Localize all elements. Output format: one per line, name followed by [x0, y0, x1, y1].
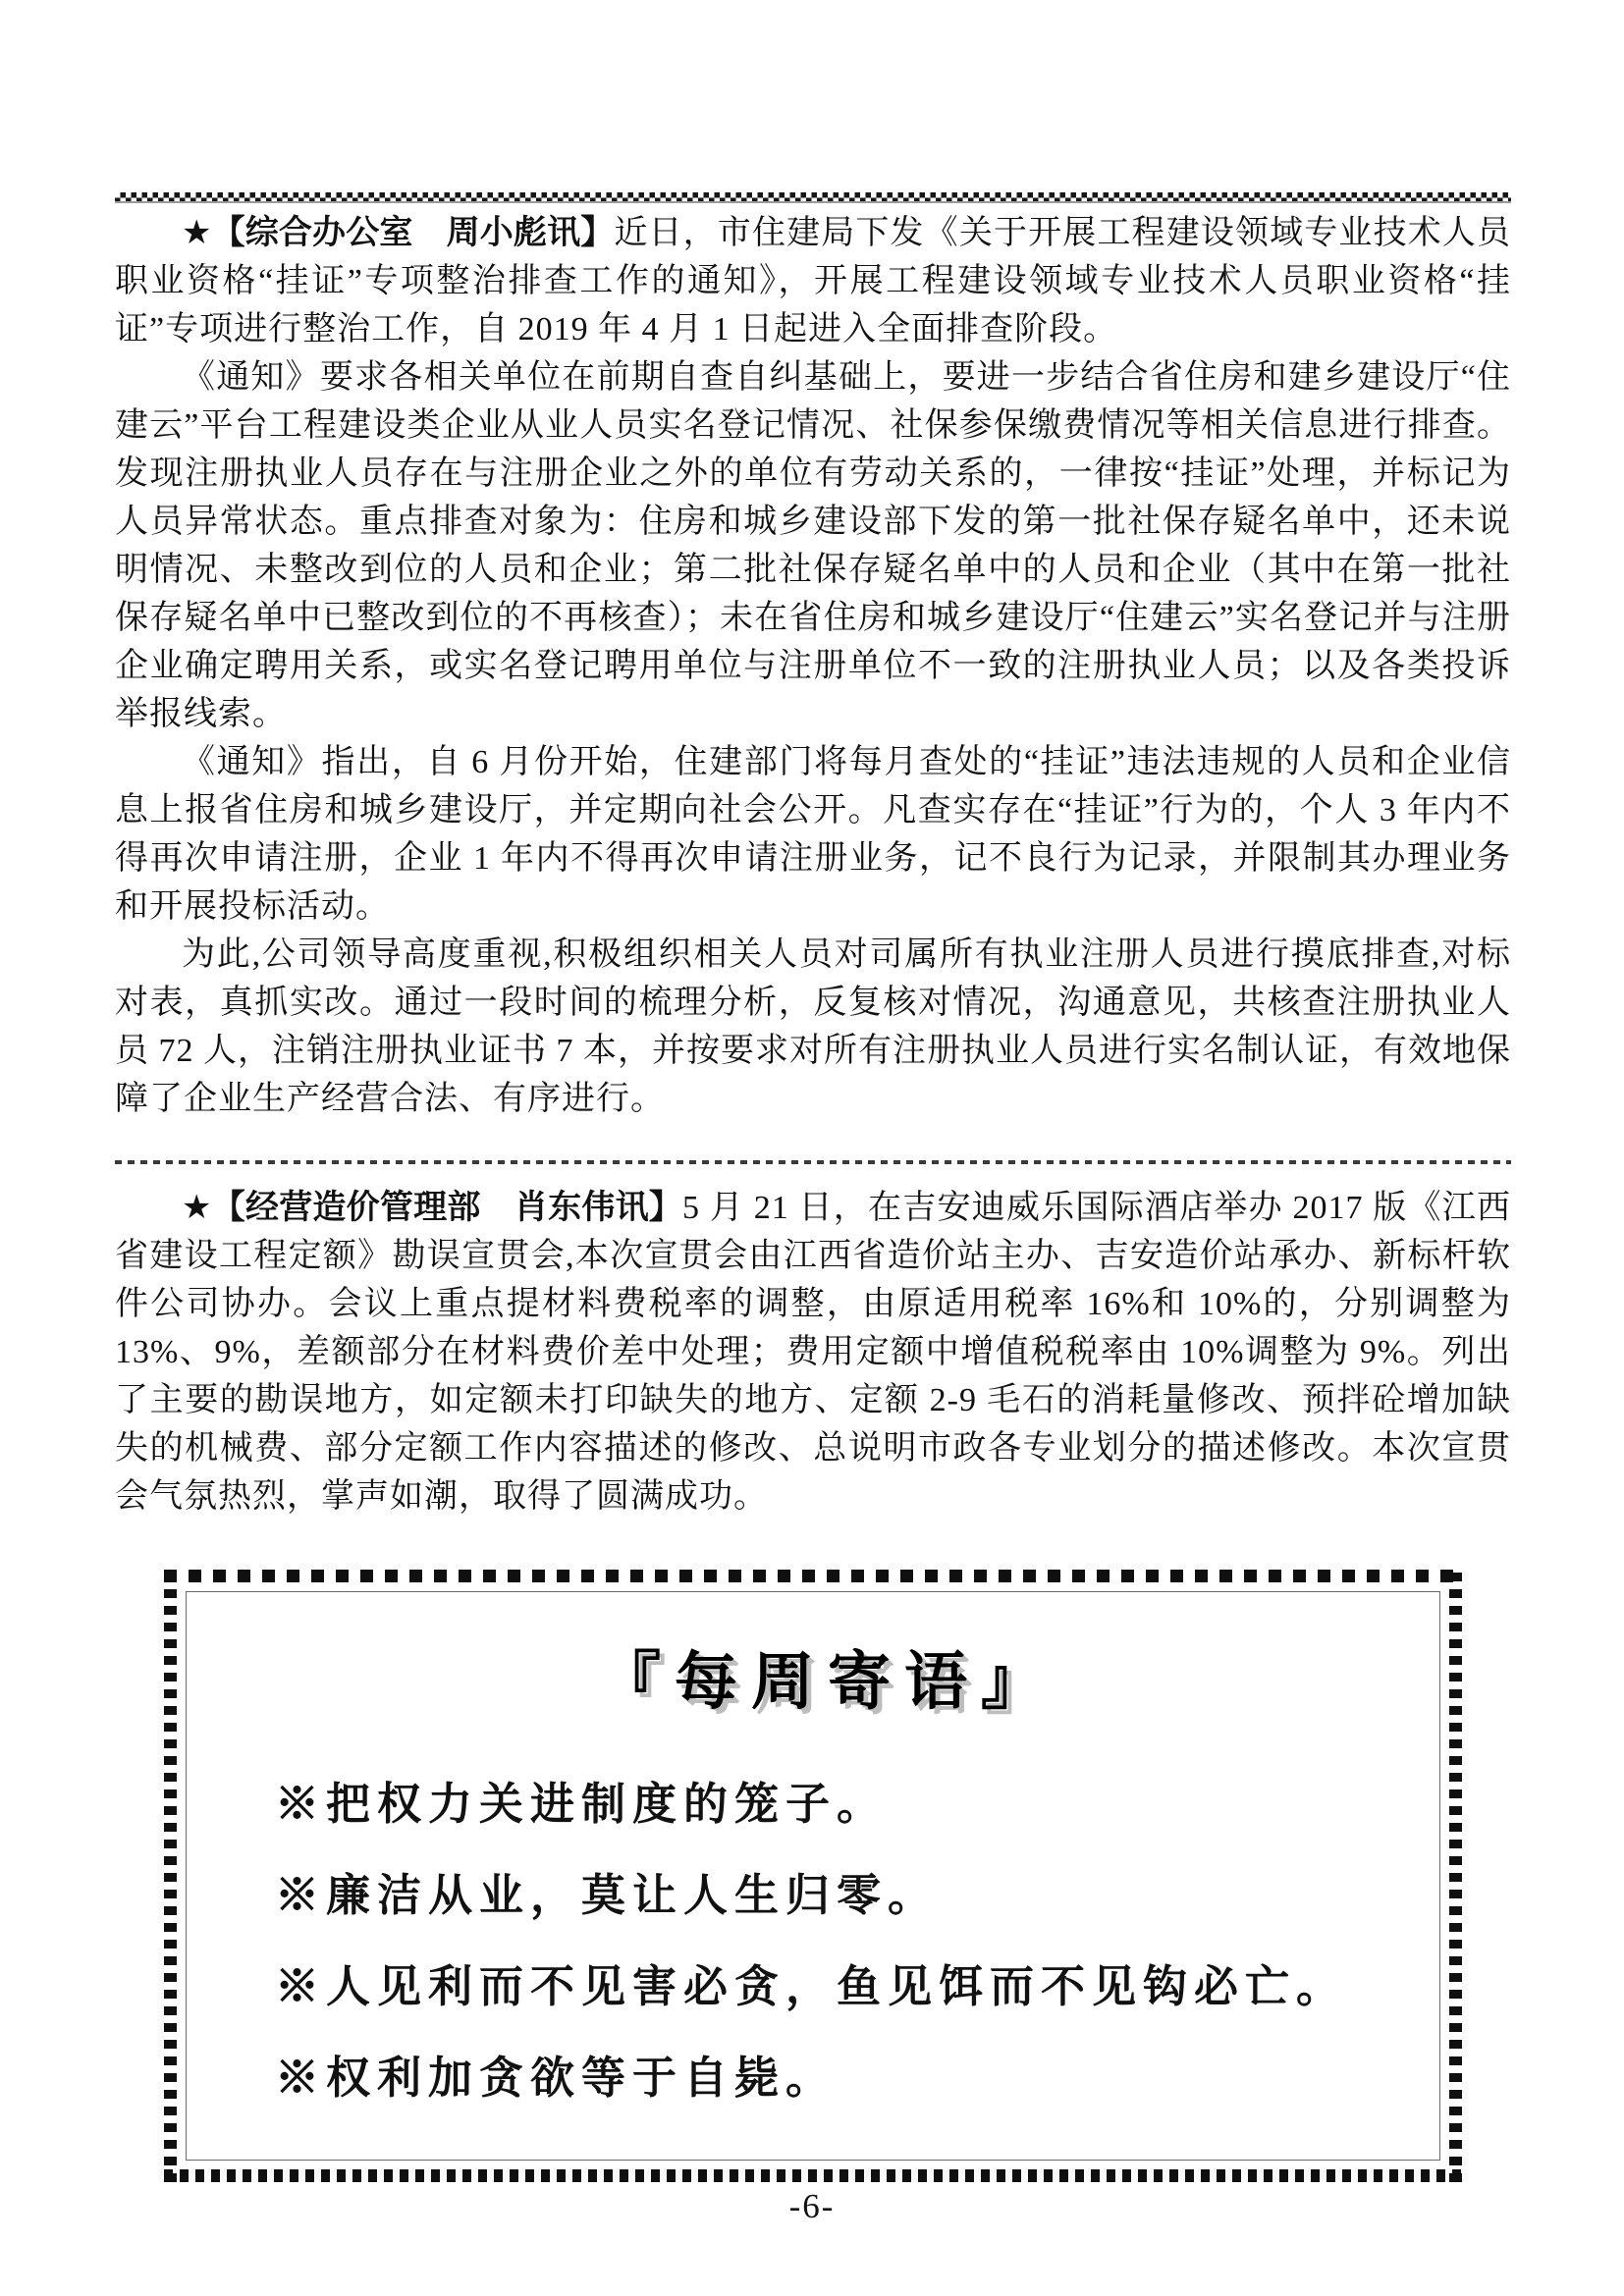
weekly-message-item: ※把权力关进制度的笼子。 — [275, 1779, 1380, 1830]
section-byline: ★【经营造价管理部 肖东伟讯】 — [182, 1189, 682, 1226]
section-lead-paragraph: ★【综合办公室 周小彪讯】近日，市住建局下发《关于开展工程建设领域专业技术人员职… — [115, 209, 1511, 353]
section-lead-paragraph: ★【经营造价管理部 肖东伟讯】5 月 21 日，在吉安迪威乐国际酒店举办 201… — [115, 1184, 1511, 1521]
section-cost-management: ★【经营造价管理部 肖东伟讯】5 月 21 日，在吉安迪威乐国际酒店举办 201… — [115, 1184, 1511, 1521]
weekly-message-item: ※廉洁从业，莫让人生归零。 — [275, 1870, 1380, 1921]
page-number: -6- — [0, 2187, 1624, 2226]
body-paragraph: 《通知》要求各相关单位在前期自查自纠基础上，要进一步结合省住房和建乡建设厅“住建… — [115, 353, 1511, 738]
weekly-message-item: ※权利加贪欲等于自毙。 — [275, 2053, 1380, 2104]
section-byline: ★【综合办公室 周小彪讯】 — [182, 214, 614, 251]
section-lead-text: 5 月 21 日，在吉安迪威乐国际酒店举办 2017 版《江西省建设工程定额》勘… — [115, 1190, 1511, 1515]
box-border-left — [164, 1570, 177, 2182]
weekly-message-item: ※人见利而不见害必贪，鱼见饵而不见钩必亡。 — [275, 1961, 1380, 2012]
box-border-right — [1449, 1570, 1462, 2182]
box-border-bottom — [164, 2169, 1462, 2182]
box-border-top — [164, 1570, 1462, 1582]
top-decorative-rule — [115, 192, 1511, 203]
section-general-office: ★【综合办公室 周小彪讯】近日，市住建局下发《关于开展工程建设领域专业技术人员职… — [115, 209, 1511, 1123]
body-paragraph: 为此,公司领导高度重视,积极组织相关人员对司属所有执业注册人员进行摸底排查,对标… — [115, 931, 1511, 1123]
body-paragraph: 《通知》指出，自 6 月份开始，住建部门将每月查处的“挂证”违法违规的人员和企业… — [115, 738, 1511, 931]
weekly-message-title: 『每周寄语』 — [275, 1631, 1380, 1722]
section-divider — [115, 1160, 1511, 1164]
weekly-message-box: 『每周寄语』 ※把权力关进制度的笼子。 ※廉洁从业，莫让人生归零。 ※人见利而不… — [164, 1570, 1462, 2182]
page-body: ★【综合办公室 周小彪讯】近日，市住建局下发《关于开展工程建设领域专业技术人员职… — [115, 192, 1511, 2182]
weekly-message-content: 『每周寄语』 ※把权力关进制度的笼子。 ※廉洁从业，莫让人生归零。 ※人见利而不… — [187, 1592, 1439, 2160]
